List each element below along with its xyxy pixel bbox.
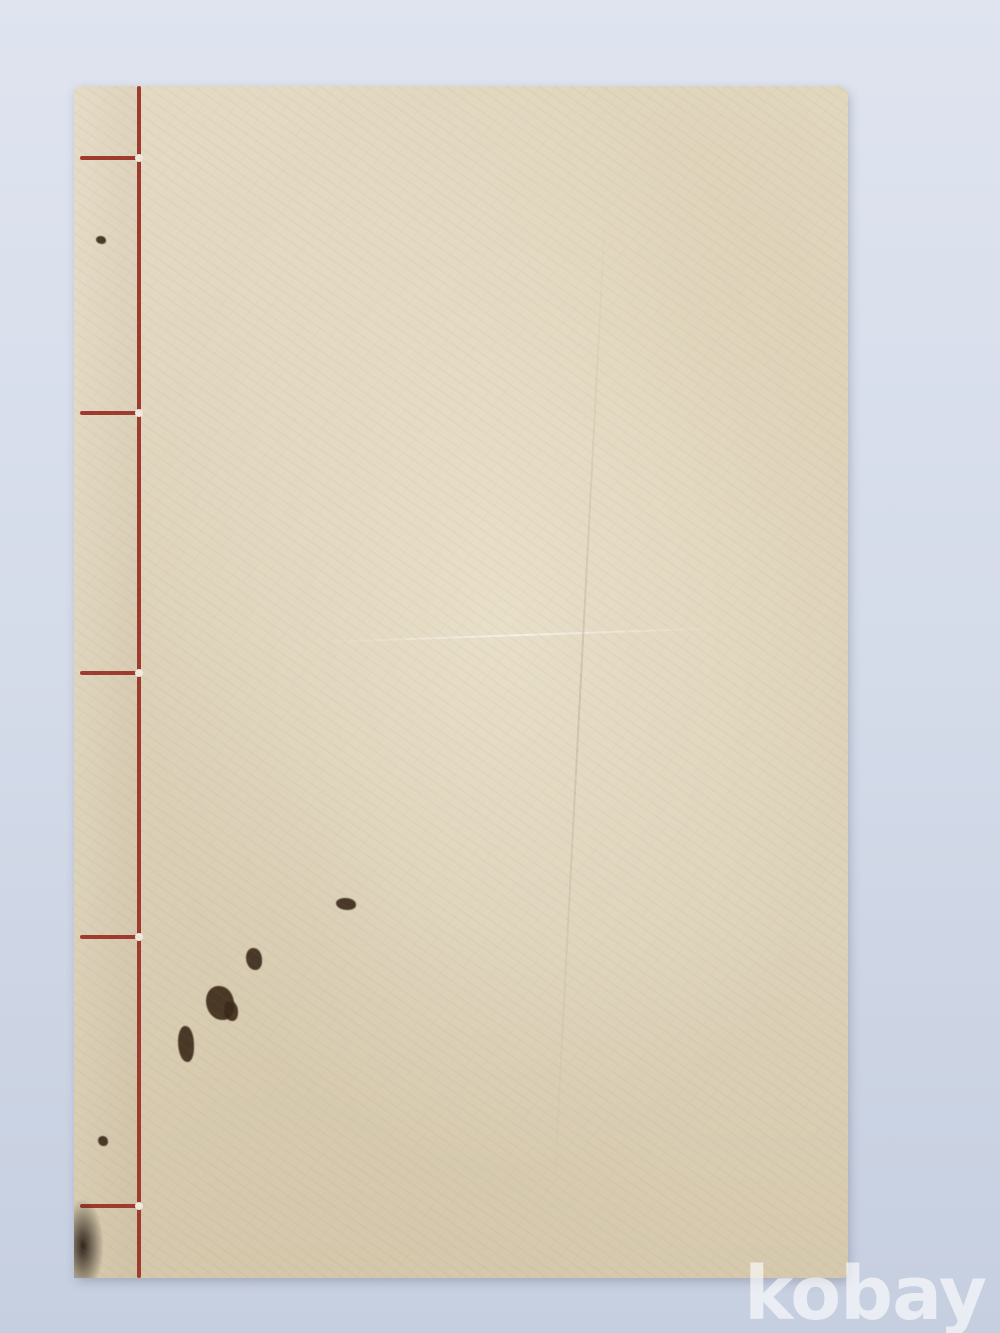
- binding-thread-vertical: [137, 86, 141, 1278]
- watermark-logo: kobay: [744, 1251, 986, 1333]
- binding-hole: [135, 669, 143, 677]
- book-cover: [74, 86, 848, 1278]
- worm-damage-spot: [178, 1026, 194, 1062]
- binding-stitch: [80, 935, 140, 939]
- binding-stitch: [80, 411, 140, 415]
- paper-crease: [314, 627, 734, 644]
- worm-damage-spot: [246, 948, 262, 970]
- binding-stitch: [80, 671, 140, 675]
- binding-hole: [135, 1202, 143, 1210]
- worm-damage-spot: [98, 1136, 108, 1146]
- binding-hole: [135, 933, 143, 941]
- worm-damage-spot: [224, 1001, 238, 1021]
- paper-crease: [553, 197, 607, 1196]
- worm-damage-spot: [336, 898, 356, 910]
- worm-damage-spot: [96, 236, 106, 244]
- binding-hole: [135, 154, 143, 162]
- binding-spine: [74, 86, 140, 1278]
- binding-hole: [135, 409, 143, 417]
- binding-stitch: [80, 156, 140, 160]
- edge-damage: [74, 1198, 104, 1278]
